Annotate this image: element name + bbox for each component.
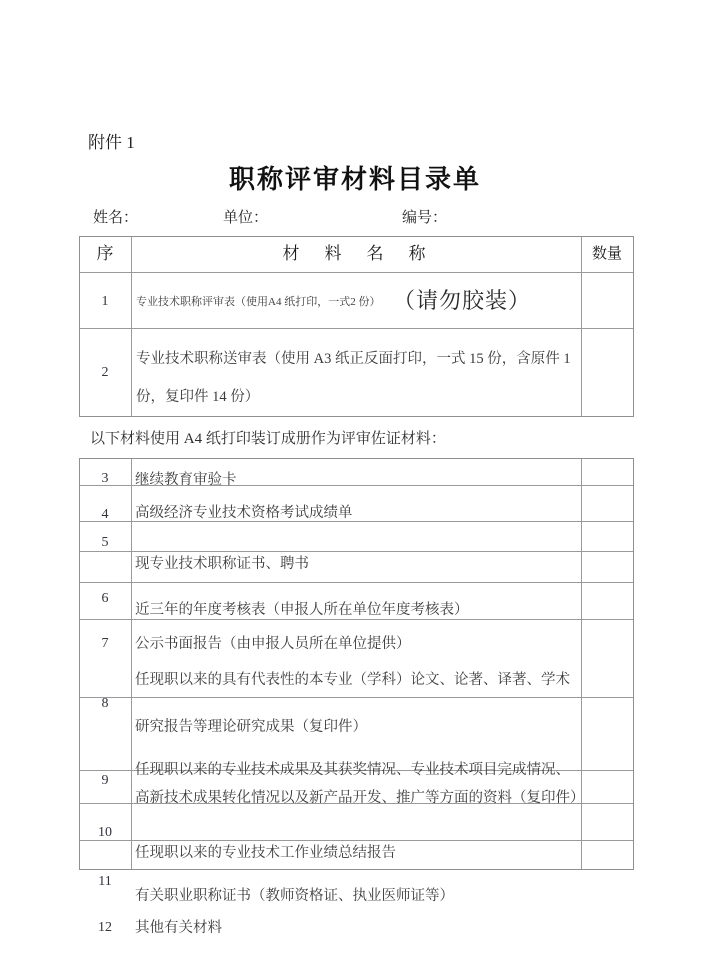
row-number: 7: [79, 635, 131, 653]
row-number: 11: [79, 873, 131, 891]
material-text: 近三年的年度考核表（申报人所在单位年度考核表）: [135, 601, 469, 619]
material-text-line1: 专业技术职称送审表（使用 A3 纸正反面打印，一式 15 份，含原件 1: [136, 350, 571, 368]
material-text: 高新技术成果转化情况以及新产品开发、推广等方面的资料（复印件）: [135, 789, 585, 807]
table2-hline-9: [80, 840, 633, 841]
binding-note: 以下材料使用 A4 纸打印装订成册作为评审佐证材料：: [90, 430, 446, 449]
document-page: 附件 1 职称评审材料目录单 姓名： 单位： 编号： 序 材 料 名 称 数量 …: [0, 0, 710, 970]
row-number: 6: [79, 590, 131, 608]
material-text: 公示书面报告（由申报人员所在单位提供）: [135, 635, 411, 653]
row-number: 12: [79, 919, 131, 937]
name-field-label: 姓名：: [93, 209, 138, 228]
row-number: 1: [79, 293, 131, 311]
row-number: 3: [79, 470, 131, 488]
material-text: 任现职以来的具有代表性的本专业（学科）论文、论著、译著、学术: [135, 671, 570, 689]
material-text: 现专业技术职称证书、聘书: [135, 555, 309, 573]
table1-hline-row1: [80, 328, 633, 329]
quantity-column-header: 数量: [581, 245, 633, 264]
page-title: 职称评审材料目录单: [0, 164, 710, 197]
material-text: 继续教育审验卡: [135, 471, 237, 489]
row-number: 4: [79, 506, 131, 524]
table2-hline-6: [80, 697, 633, 698]
material-text: 研究报告等理论研究成果（复印件）: [135, 718, 367, 736]
row-number: 5: [79, 534, 131, 552]
material-text: 有关职业职称证书（教师资格证、执业医师证等）: [135, 887, 454, 905]
material-text: 任现职以来的专业技术成果及其获奖情况、专业技术项目完成情况、: [135, 761, 570, 779]
table2-hline-4: [80, 582, 633, 583]
row-number: 8: [79, 695, 131, 713]
table1-hline-header: [80, 272, 633, 273]
material-name-column-header: 材 料 名 称: [131, 243, 581, 264]
attachment-label: 附件 1: [88, 132, 135, 153]
number-field-label: 编号：: [402, 209, 447, 228]
no-glue-binding-notice: （请勿胶装）: [393, 287, 531, 315]
material-text: 任现职以来的专业技术工作业绩总结报告: [135, 844, 396, 862]
seq-column-header: 序: [79, 243, 131, 264]
material-text: 专业技术职称评审表（使用A4 纸打印，一式2 份）: [136, 296, 380, 310]
material-text: 高级经济专业技术资格考试成绩单: [135, 504, 353, 522]
material-text-line2: 份，复印件 14 份）: [136, 388, 259, 406]
row-number: 10: [79, 824, 131, 842]
table1-vline-qty: [581, 237, 582, 416]
row-number: 9: [79, 772, 131, 790]
table2-hline-5: [80, 619, 633, 620]
material-text: 其他有关材料: [135, 919, 222, 937]
unit-field-label: 单位：: [223, 209, 268, 228]
row-number: 2: [79, 364, 131, 382]
table2-hline-3: [80, 551, 633, 552]
